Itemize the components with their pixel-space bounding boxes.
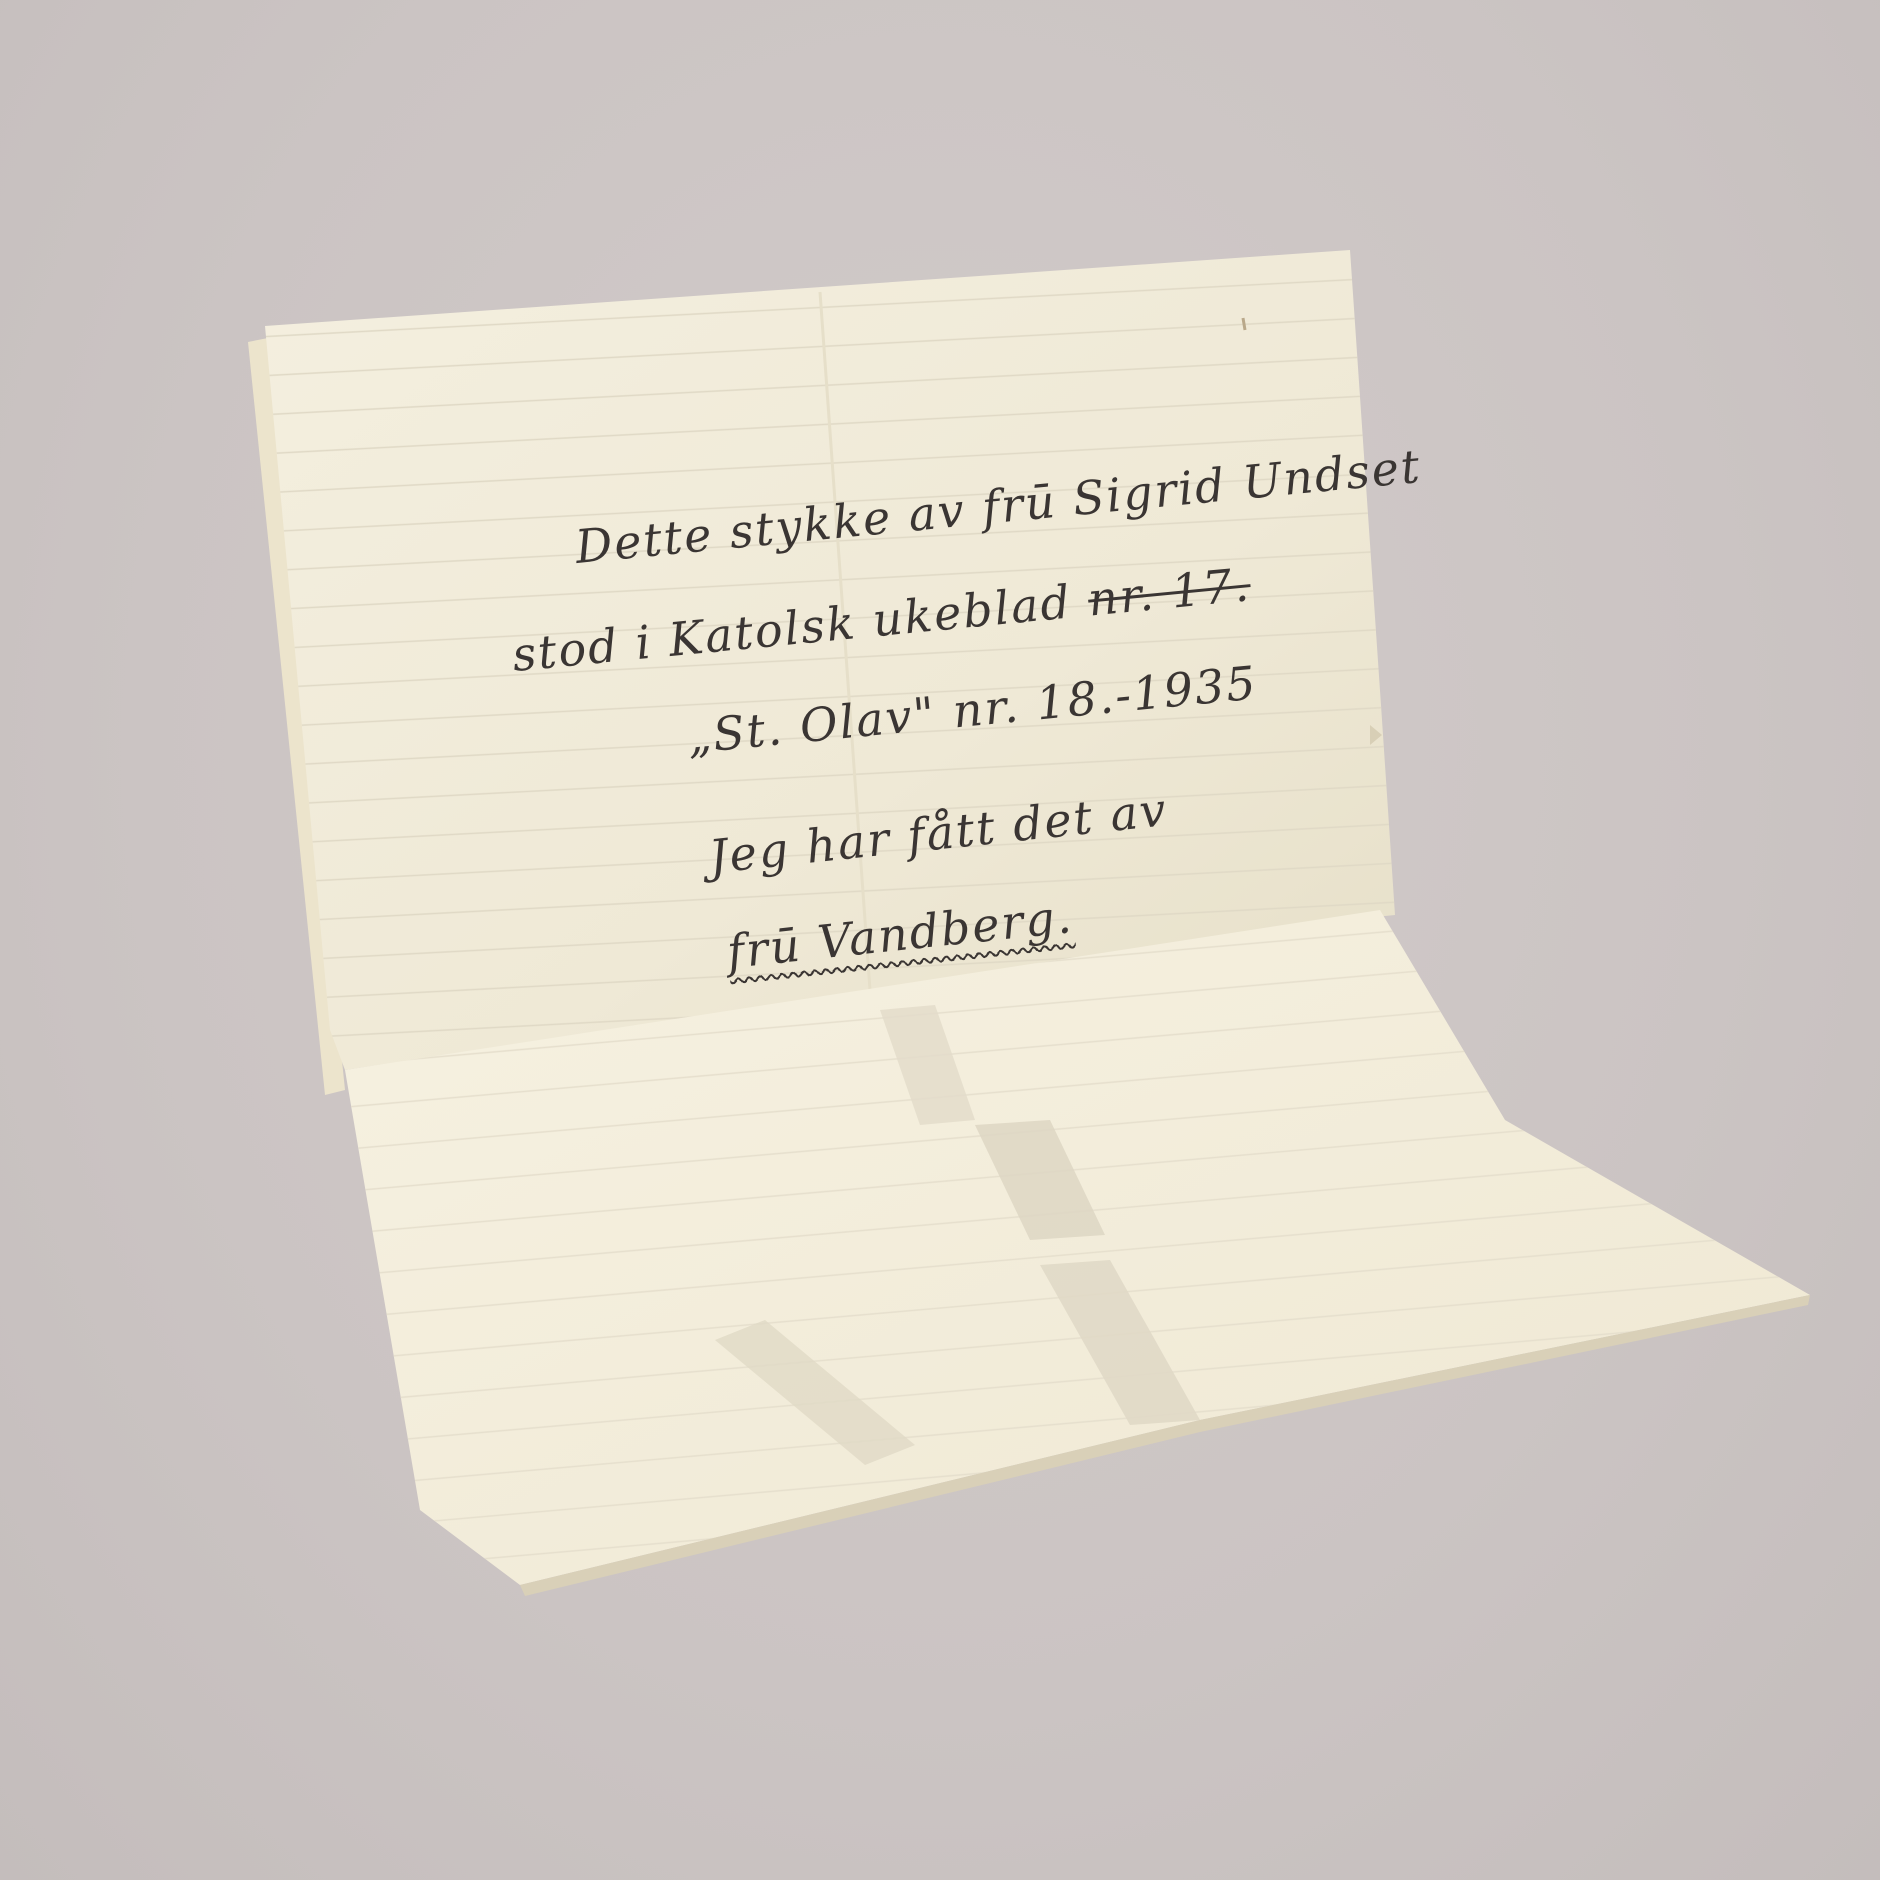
- photo-backdrop: Dette stykke av frū Sigrid Undset stod i…: [0, 0, 1880, 1880]
